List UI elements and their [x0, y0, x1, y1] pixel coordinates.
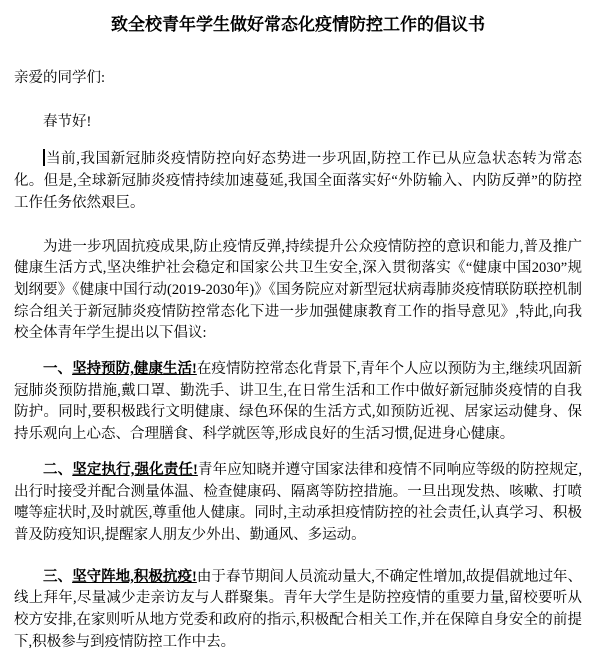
document-page[interactable]: 致全校青年学生做好常态化疫情防控工作的倡议书 亲爱的同学们: 春节好! 当前,我…: [0, 0, 596, 648]
paragraph-item-3: 三、坚守阵地,积极抗疫!由于春节期间人员流动量大,不确定性增加,故提倡就地过年、…: [14, 567, 582, 648]
greeting: 春节好!: [14, 112, 582, 134]
paragraph-purpose: 为进一步巩固抗疫成果,防止疫情反弹,持续提升公众疫情防控的意识和能力,普及推广健…: [14, 237, 582, 346]
salutation: 亲爱的同学们:: [14, 68, 582, 90]
item-number: 一、: [43, 361, 72, 377]
text-caret: [43, 149, 45, 166]
item-heading: 坚定执行,强化责任!: [72, 462, 198, 478]
paragraph-item-2: 二、坚定执行,强化责任!青年应知晓并遵守国家法律和疫情不同响应等级的防控规定,出…: [14, 460, 582, 547]
paragraph-text: 当前,我国新冠肺炎疫情防控向好态势进一步巩固,防控工作已从应急状态转为常态化。但…: [14, 151, 582, 210]
paragraph-item-1: 一、坚持预防,健康生活!在疫情防控常态化背景下,青年个人应以预防为主,继续巩固新…: [14, 359, 582, 446]
item-heading: 坚守阵地,积极抗疫!: [72, 569, 197, 585]
item-heading: 坚持预防,健康生活!: [72, 361, 197, 377]
paragraph-text: 为进一步巩固抗疫成果,防止疫情反弹,持续提升公众疫情防控的意识和能力,普及推广健…: [14, 239, 582, 342]
paragraph-current-situation: 当前,我国新冠肺炎疫情防控向好态势进一步巩固,防控工作已从应急状态转为常态化。但…: [14, 149, 582, 214]
item-number: 三、: [43, 569, 72, 585]
document-title: 致全校青年学生做好常态化疫情防控工作的倡议书: [14, 12, 582, 38]
item-number: 二、: [43, 462, 72, 478]
